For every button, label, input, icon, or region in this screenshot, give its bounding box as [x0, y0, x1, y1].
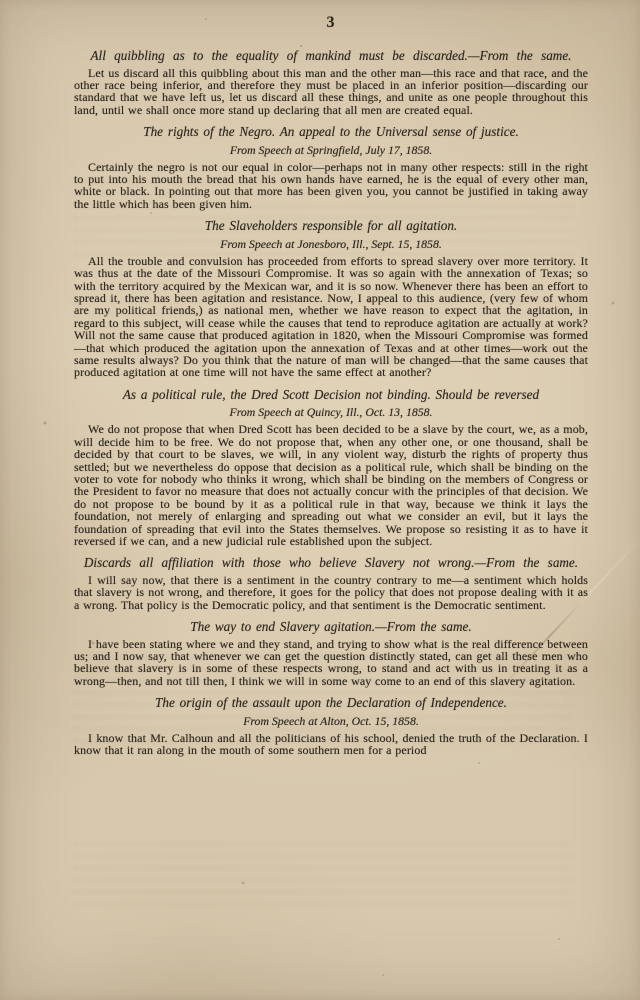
section-heading: The way to end Slavery agitation.—From t…: [74, 619, 588, 636]
section-heading: The Slaveholders responsible for all agi…: [74, 218, 588, 235]
ink-bleedthrough: [72, 842, 572, 912]
section-body: We do not propose that when Dred Scott h…: [74, 423, 588, 547]
page-number: 3: [74, 14, 588, 32]
section-source: From Speech at Jonesboro, Ill., Sept. 15…: [74, 237, 588, 252]
section-body: I have been stating where we and they st…: [74, 638, 588, 688]
page-content: 3 All quibbling as to the equality of ma…: [74, 14, 588, 757]
section-source: From Speech at Springfield, July 17, 185…: [74, 143, 588, 158]
section-heading: All quibbling as to the equality of mank…: [74, 48, 588, 65]
section-quibbling: All quibbling as to the equality of mank…: [74, 48, 588, 116]
section-discards-affiliation: Discards all affiliation with those who …: [74, 555, 588, 611]
section-body: I know that Mr. Calhoun and all the poli…: [74, 732, 588, 757]
scanned-page: 3 All quibbling as to the equality of ma…: [0, 0, 640, 1000]
section-dred-scott: As a political rule, the Dred Scott Deci…: [74, 387, 588, 548]
section-slaveholders-agitation: The Slaveholders responsible for all agi…: [74, 218, 588, 379]
section-source: From Speech at Alton, Oct. 15, 1858.: [74, 714, 588, 729]
section-heading: The rights of the Negro. An appeal to th…: [74, 124, 588, 141]
section-body: Let us discard all this quibbling about …: [74, 67, 588, 117]
section-source: From Speech at Quincy, Ill., Oct. 13, 18…: [74, 405, 588, 420]
section-rights-of-the-negro: The rights of the Negro. An appeal to th…: [74, 124, 588, 210]
section-body: I will say now, that there is a sentimen…: [74, 574, 588, 611]
section-body: All the trouble and convulsion has proce…: [74, 255, 588, 379]
section-heading: As a political rule, the Dred Scott Deci…: [74, 387, 588, 404]
section-heading: Discards all affiliation with those who …: [74, 555, 588, 572]
section-heading: The origin of the assault upon the Decla…: [74, 695, 588, 712]
paper-specks: [0, 0, 2, 2]
section-body: Certainly the negro is not our equal in …: [74, 161, 588, 211]
section-assault-on-declaration: The origin of the assault upon the Decla…: [74, 695, 588, 756]
section-end-slavery-agitation: The way to end Slavery agitation.—From t…: [74, 619, 588, 687]
